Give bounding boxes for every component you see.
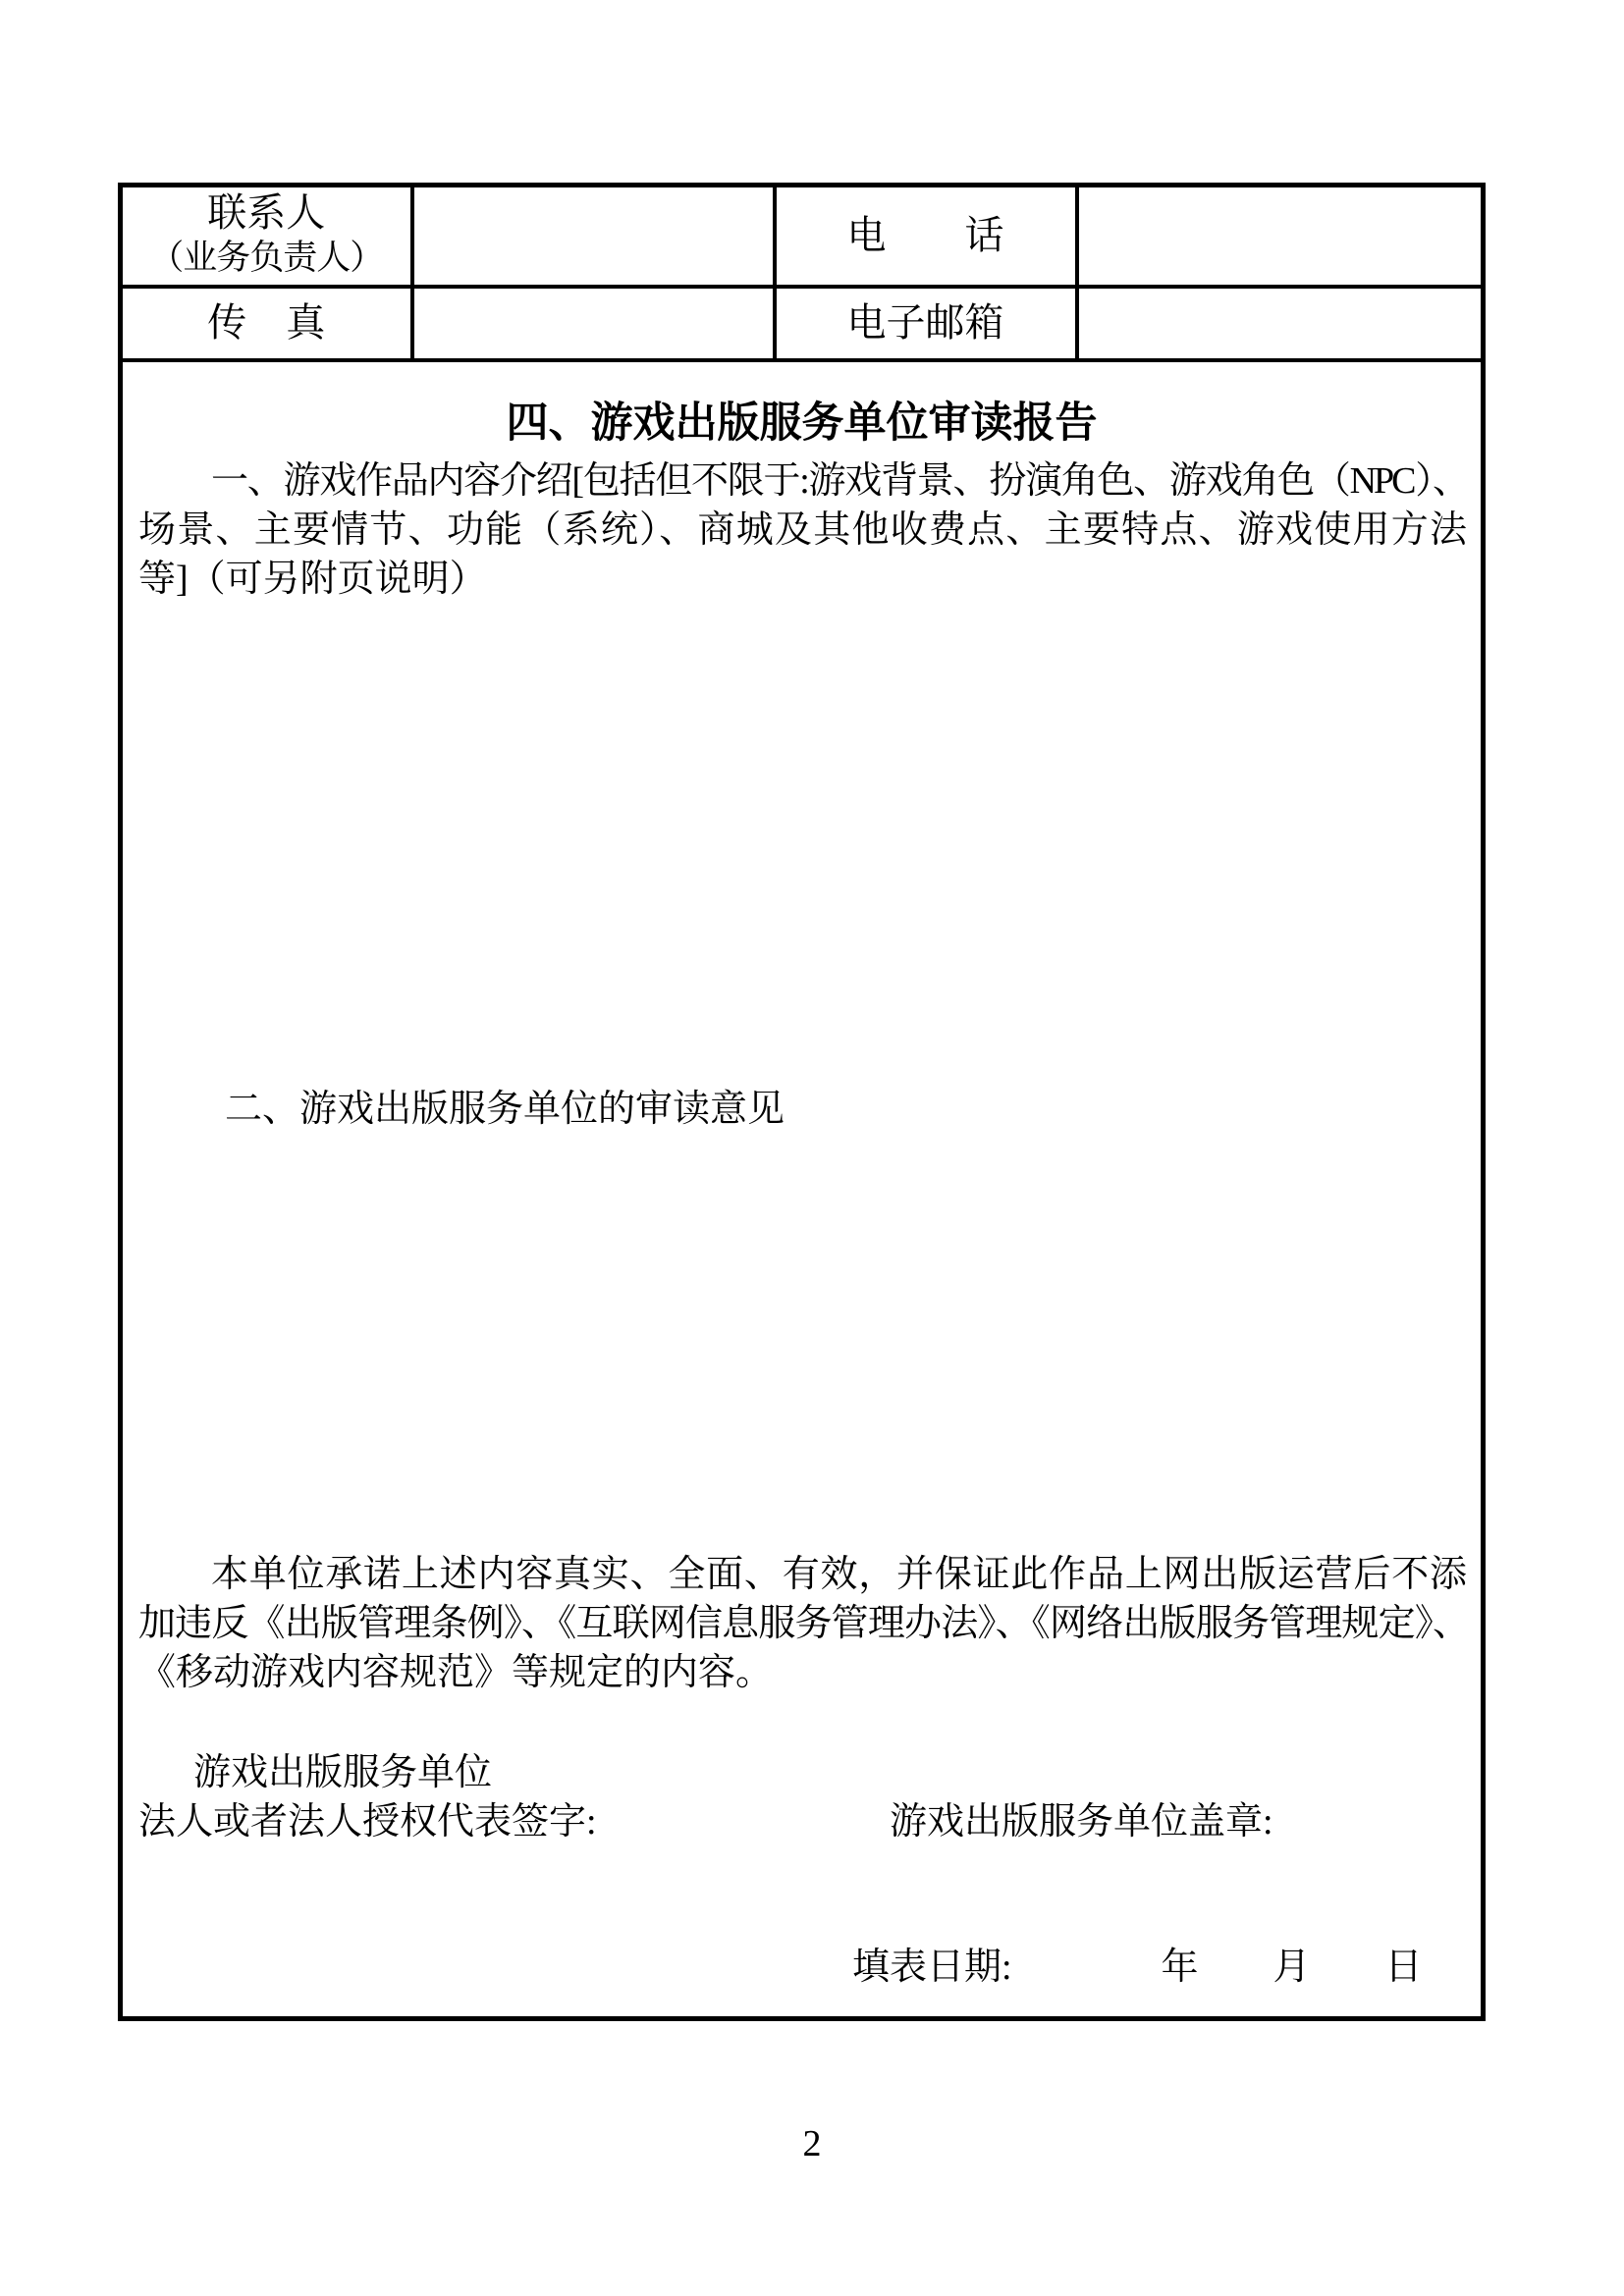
fax-value-cell[interactable] xyxy=(412,287,775,360)
declaration-line: 本单位承诺上述内容真实、全面、有效，并保证此作品上网出版运营后不添 xyxy=(138,1550,1467,1599)
email-value-cell[interactable] xyxy=(1077,287,1484,360)
review-report-cell: 四、游戏出版服务单位审读报告 一、游戏作品内容介绍[包括但不限于:游戏背景、扮演… xyxy=(121,360,1484,2019)
table-row: 联系人 （业务负责人） 电 话 xyxy=(121,186,1484,287)
section1-line: 等]（可另附页说明） xyxy=(138,555,1467,604)
declaration-line: 《移动游戏内容规范》等规定的内容。 xyxy=(138,1648,1467,1697)
signature-row: 法人或者法人授权代表签字: 游戏出版服务单位盖章: xyxy=(123,1797,1481,1846)
email-label-cell: 电子邮箱 xyxy=(775,287,1077,360)
section1-intro: 一、游戏作品内容介绍[包括但不限于:游戏背景、扮演角色、游戏角色（NPC）、 场… xyxy=(138,456,1467,604)
declaration-paragraph: 本单位承诺上述内容真实、全面、有效，并保证此作品上网出版运营后不添 加违反《出版… xyxy=(138,1550,1467,1697)
contact-person-value-cell[interactable] xyxy=(412,186,775,287)
contact-info-table: 联系人 （业务负责人） 电 话 传 真 电子邮箱 四、游戏出版服务单位审读报告 … xyxy=(118,183,1486,2021)
legal-representative-sign-label: 法人或者法人授权代表签字: xyxy=(138,1797,597,1846)
fax-label-cell: 传 真 xyxy=(121,287,412,360)
contact-person-label: 联系人 xyxy=(123,190,410,236)
section2-heading: 二、游戏出版服务单位的审读意见 xyxy=(138,1085,1467,1134)
fill-date-line: 填表日期: 年 月 日 xyxy=(852,1943,1423,1992)
phone-value-cell[interactable] xyxy=(1077,186,1484,287)
table-row: 传 真 电子邮箱 xyxy=(121,287,1484,360)
unit-seal-label: 游戏出版服务单位盖章: xyxy=(890,1797,1273,1846)
report-title: 四、游戏出版服务单位审读报告 xyxy=(123,396,1481,451)
section1-line: 一、游戏作品内容介绍[包括但不限于:游戏背景、扮演角色、游戏角色（NPC）、 xyxy=(138,456,1467,506)
page-number: 2 xyxy=(0,2122,1624,2165)
document-page: 联系人 （业务负责人） 电 话 传 真 电子邮箱 四、游戏出版服务单位审读报告 … xyxy=(0,0,1624,2296)
declaration-line: 加违反《出版管理条例》、《互联网信息服务管理办法》、《网络出版服务管理规定》、 xyxy=(138,1599,1467,1648)
contact-person-sublabel: （业务负责人） xyxy=(123,236,410,281)
table-row: 四、游戏出版服务单位审读报告 一、游戏作品内容介绍[包括但不限于:游戏背景、扮演… xyxy=(121,360,1484,2019)
publishing-unit-label: 游戏出版服务单位 xyxy=(193,1748,492,1797)
phone-label-cell: 电 话 xyxy=(775,186,1077,287)
contact-person-label-cell: 联系人 （业务负责人） xyxy=(121,186,412,287)
section1-line: 场景、主要情节、功能（系统）、商城及其他收费点、主要特点、游戏使用方法 xyxy=(138,506,1467,555)
